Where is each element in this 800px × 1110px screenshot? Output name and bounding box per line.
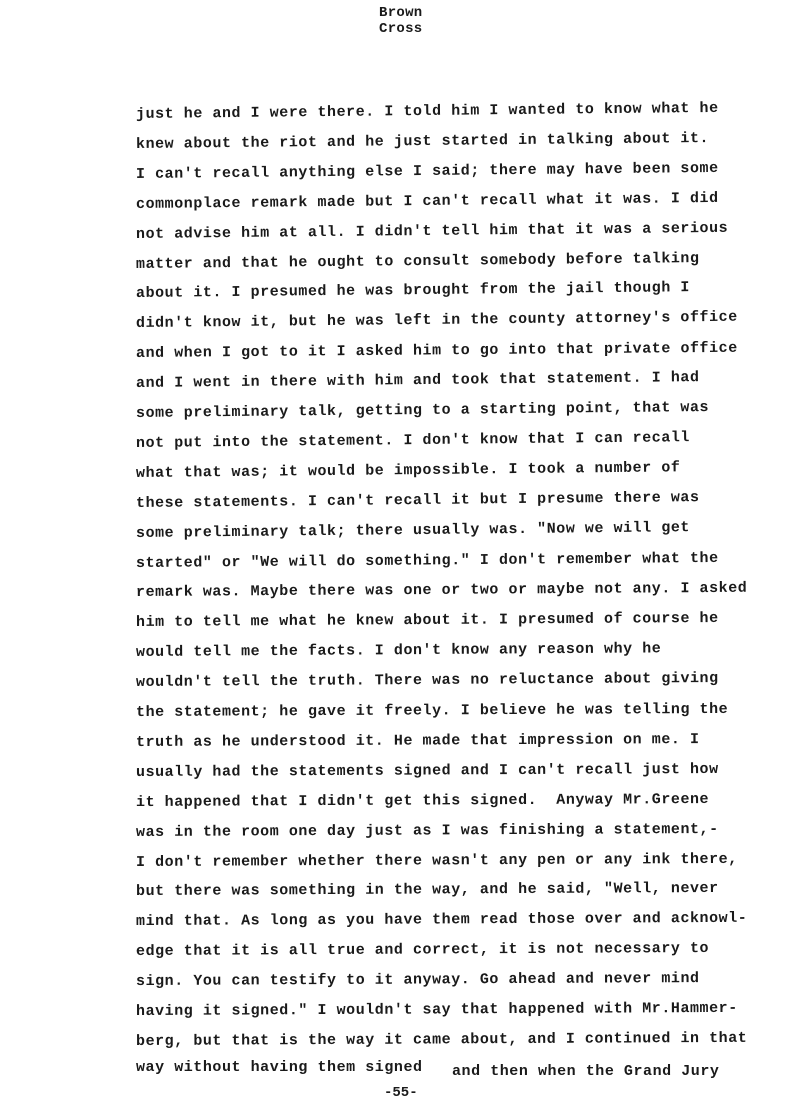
page-header: Brown Cross — [379, 5, 423, 37]
text-line: matter and that he ought to consult some… — [136, 250, 700, 274]
text-line: the statement; he gave it freely. I beli… — [136, 701, 728, 722]
text-line: some preliminary talk; there usually was… — [136, 519, 690, 543]
text-line: berg, but that is the way it came about,… — [136, 1030, 747, 1051]
text-line: would tell me the facts. I don't know an… — [136, 641, 661, 663]
text-line: started" or "We will do something." I do… — [136, 549, 719, 572]
text-line: mind that. As long as you have them read… — [136, 910, 747, 931]
text-line: commonplace remark made but I can't reca… — [136, 190, 719, 214]
text-line: just he and I were there. I told him I w… — [136, 100, 719, 124]
text-line: about it. I presumed he was brought from… — [136, 280, 690, 304]
text-line: knew about the riot and he just started … — [136, 130, 709, 154]
text-line: it happened that I didn't get this signe… — [136, 791, 709, 812]
text-line: edge that it is all true and correct, it… — [136, 940, 709, 961]
text-line: didn't know it, but he was left in the c… — [136, 309, 738, 333]
text-line: and I went in there with him and took th… — [136, 369, 700, 393]
text-line: what that was; it would be impossible. I… — [136, 459, 681, 483]
text-line: usually had the statements signed and I … — [136, 761, 719, 782]
text-line: I don't remember whether there wasn't an… — [136, 850, 738, 871]
text-line: some preliminary talk, getting to a star… — [136, 399, 709, 423]
witness-name: Brown — [379, 5, 423, 21]
page-number: -55- — [384, 1085, 418, 1101]
text-line: these statements. I can't recall it but … — [136, 489, 700, 513]
text-line: remark was. Maybe there was one or two o… — [136, 580, 747, 602]
text-line: was in the room one day just as I was fi… — [136, 821, 719, 842]
text-line: wouldn't tell the truth. There was no re… — [136, 670, 719, 692]
text-line: not put into the statement. I don't know… — [136, 429, 690, 453]
text-line: not advise him at all. I didn't tell him… — [136, 219, 728, 243]
text-line: truth as he understood it. He made that … — [136, 731, 700, 752]
text-line: him to tell me what he knew about it. I … — [136, 610, 719, 632]
text-line: having it signed." I wouldn't say that h… — [136, 1000, 738, 1021]
text-line: sign. You can testify to it anyway. Go a… — [136, 970, 700, 991]
text-line: but there was something in the way, and … — [136, 880, 719, 901]
examination-type: Cross — [379, 21, 423, 37]
overtyped-line-right: and then when the Grand Jury — [452, 1063, 719, 1081]
text-line: I can't recall anything else I said; the… — [136, 160, 719, 184]
overtyped-line-left: way without having them signed — [136, 1059, 423, 1077]
text-line: and when I got to it I asked him to go i… — [136, 340, 738, 363]
